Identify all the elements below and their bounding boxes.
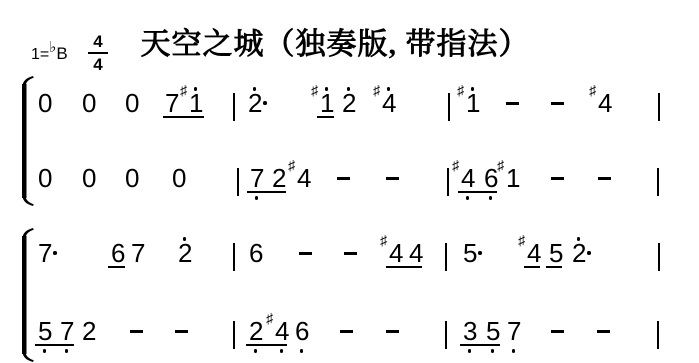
sheet-music-page: 天空之城（独奏版, 带指法） 1=♭B 4 4 00071♯21♯24♯1♯4♯… bbox=[0, 0, 699, 363]
key-signature: 1=♭B bbox=[31, 44, 68, 64]
note-2: 2 bbox=[272, 165, 286, 191]
eighth-underline bbox=[246, 344, 287, 346]
note-2: 2 bbox=[572, 240, 586, 266]
duration-dash bbox=[175, 330, 188, 333]
eighth-underline bbox=[35, 344, 74, 346]
sharp-icon: ♯ bbox=[180, 83, 187, 97]
octave-dot-below bbox=[255, 196, 259, 200]
eighth-underline bbox=[247, 191, 286, 193]
note-6: 6 bbox=[295, 318, 309, 344]
note-6: 6 bbox=[249, 240, 263, 266]
augmentation-dot bbox=[263, 101, 267, 105]
duration-dash bbox=[337, 177, 350, 180]
octave-dot-below bbox=[43, 349, 47, 353]
octave-dot-above bbox=[325, 87, 329, 91]
octave-dot-below bbox=[489, 196, 493, 200]
sharp-icon: ♯ bbox=[452, 158, 459, 172]
page-title: 天空之城（独奏版, 带指法） bbox=[110, 19, 560, 63]
note-1: 1♯ bbox=[320, 90, 334, 116]
note-2: 2 bbox=[249, 318, 263, 344]
note-2: 2 bbox=[248, 90, 262, 116]
sharp-icon: ♯ bbox=[380, 233, 387, 247]
barline bbox=[658, 243, 660, 271]
barline bbox=[237, 168, 239, 196]
note-4: 4 bbox=[409, 240, 423, 266]
barline bbox=[445, 243, 447, 271]
octave-dot-below bbox=[65, 349, 69, 353]
eighth-underline bbox=[317, 116, 334, 118]
note-7: 7 bbox=[507, 318, 521, 344]
key-prefix: 1= bbox=[31, 46, 49, 63]
note-2: 2 bbox=[342, 90, 356, 116]
barline bbox=[445, 321, 447, 349]
eighth-underline bbox=[460, 344, 500, 346]
sharp-icon: ♯ bbox=[311, 83, 318, 97]
duration-dash bbox=[130, 330, 143, 333]
note-7: 7 bbox=[165, 90, 179, 116]
barline bbox=[657, 168, 659, 196]
note-2: 2 bbox=[178, 240, 192, 266]
octave-dot-above bbox=[471, 87, 475, 91]
note-4: 4♯ bbox=[527, 240, 541, 266]
rest-0: 0 bbox=[125, 90, 139, 116]
sharp-icon: ♯ bbox=[373, 83, 380, 97]
rest-0: 0 bbox=[82, 90, 96, 116]
octave-dot-below bbox=[468, 349, 472, 353]
eighth-underline bbox=[163, 116, 204, 118]
octave-dot-above bbox=[577, 237, 581, 241]
rest-0: 0 bbox=[125, 165, 139, 191]
note-3: 3 bbox=[463, 318, 477, 344]
note-4: 4♯ bbox=[297, 165, 311, 191]
octave-dot-below bbox=[280, 349, 284, 353]
note-5: 5 bbox=[38, 318, 52, 344]
note-1: 1♯ bbox=[466, 90, 480, 116]
octave-dot-below bbox=[512, 349, 516, 353]
duration-dash bbox=[551, 102, 564, 105]
note-7: 7 bbox=[38, 240, 52, 266]
note-7: 7 bbox=[60, 318, 74, 344]
barline bbox=[658, 93, 660, 121]
note-7: 7 bbox=[131, 240, 145, 266]
note-7: 7 bbox=[250, 165, 264, 191]
octave-dot-above bbox=[253, 87, 257, 91]
barline bbox=[657, 321, 659, 349]
duration-dash bbox=[506, 102, 519, 105]
system-bracket bbox=[17, 76, 37, 206]
duration-dash bbox=[597, 330, 610, 333]
note-2: 2 bbox=[82, 318, 96, 344]
rest-0: 0 bbox=[172, 165, 186, 191]
duration-dash bbox=[340, 330, 353, 333]
note-6: 6 bbox=[111, 240, 125, 266]
note-4: 4♯ bbox=[382, 90, 396, 116]
rest-0: 0 bbox=[82, 165, 96, 191]
duration-dash bbox=[551, 177, 564, 180]
sharp-icon: ♯ bbox=[266, 311, 273, 325]
sharp-icon: ♯ bbox=[288, 158, 295, 172]
octave-dot-below bbox=[491, 349, 495, 353]
note-5: 5 bbox=[486, 318, 500, 344]
rest-0: 0 bbox=[38, 165, 52, 191]
duration-dash bbox=[299, 252, 312, 255]
sharp-icon: ♯ bbox=[589, 83, 596, 97]
octave-dot-above bbox=[183, 237, 187, 241]
note-4: 4♯ bbox=[275, 318, 289, 344]
octave-dot-above bbox=[194, 87, 198, 91]
duration-dash bbox=[598, 177, 611, 180]
barline bbox=[233, 93, 235, 121]
note-1: 1♯ bbox=[506, 165, 520, 191]
barline bbox=[447, 168, 449, 196]
duration-dash bbox=[386, 330, 399, 333]
augmentation-dot bbox=[478, 251, 482, 255]
time-signature: 4 4 bbox=[87, 31, 109, 75]
octave-dot-above bbox=[347, 87, 351, 91]
eighth-underline bbox=[108, 266, 125, 268]
note-4: 4♯ bbox=[389, 240, 403, 266]
time-signature-numerator: 4 bbox=[87, 31, 109, 52]
barline bbox=[233, 321, 235, 349]
note-4: 4♯ bbox=[598, 90, 612, 116]
sharp-icon: ♯ bbox=[497, 158, 504, 172]
octave-dot-above bbox=[387, 87, 391, 91]
eighth-underline bbox=[546, 266, 562, 268]
octave-dot-below bbox=[300, 349, 304, 353]
augmentation-dot bbox=[587, 251, 591, 255]
duration-dash bbox=[344, 252, 357, 255]
note-5: 5 bbox=[549, 240, 563, 266]
sharp-icon: ♯ bbox=[518, 233, 525, 247]
note-4: 4♯ bbox=[461, 165, 475, 191]
barline bbox=[233, 243, 235, 271]
system-bracket bbox=[17, 228, 37, 362]
barline bbox=[448, 93, 450, 121]
key-note: B bbox=[56, 44, 67, 63]
time-signature-denominator: 4 bbox=[87, 54, 109, 75]
note-5: 5 bbox=[463, 240, 477, 266]
eighth-underline bbox=[524, 266, 540, 268]
duration-dash bbox=[551, 330, 564, 333]
octave-dot-below bbox=[466, 196, 470, 200]
rest-0: 0 bbox=[38, 90, 52, 116]
flat-icon: ♭ bbox=[49, 39, 56, 56]
augmentation-dot bbox=[53, 251, 57, 255]
sharp-icon: ♯ bbox=[457, 83, 464, 97]
eighth-underline bbox=[458, 191, 497, 193]
duration-dash bbox=[386, 177, 399, 180]
note-1: 1♯ bbox=[189, 90, 203, 116]
octave-dot-below bbox=[254, 349, 258, 353]
eighth-underline bbox=[386, 266, 422, 268]
